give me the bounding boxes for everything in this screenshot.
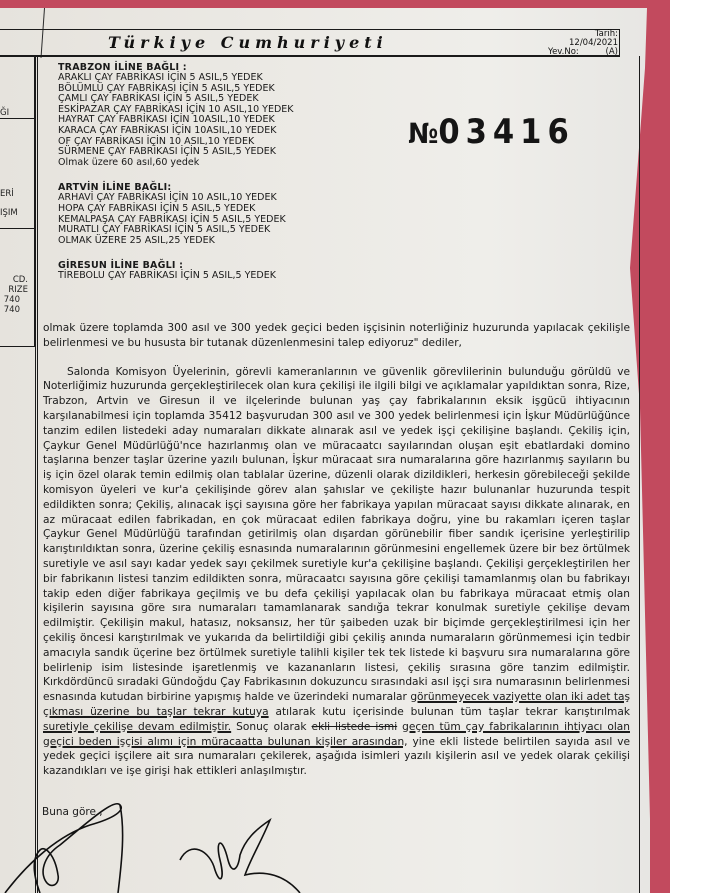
underlined-text: suretiyle çekilişe devam edilmiştir. [43,721,231,733]
image-margin [670,0,702,893]
body-text-segment: atılarak kutu içerisinde bulunan tüm taş… [269,706,630,718]
side-text: CD. [0,275,28,285]
body-text-segment: Salonda Komisyon Üyelerinin, görevli kam… [43,366,630,704]
document-number-value: 03416 [438,112,574,152]
body-paragraph: Salonda Komisyon Üyelerinin, görevli kam… [43,365,630,779]
date-label: Tarih: 12/04/2021 [548,30,618,48]
signature-icon [0,800,400,893]
list-item: HOPA ÇAY FABRİKASI İÇİN 5 ASIL,5 YEDEK [58,204,618,215]
list-item: Olmak üzere 60 asıl,60 yedek [58,158,618,169]
side-text: ĞI [0,108,12,118]
side-text: ERİ [0,189,14,199]
document-number: №03416 [408,112,575,152]
list-item: TİREBOLU ÇAY FABRİKASI İÇİN 5 ASIL,5 YED… [58,271,618,282]
numero-sign: № [408,117,438,150]
list-item: ARAKLI ÇAY FABRİKASI İÇİN 5 ASIL,5 YEDEK [58,73,618,84]
side-text: 740 [0,305,20,315]
header-meta: Tarih: 12/04/2021 Yev.No: (A) [548,30,618,57]
group-giresun: GİRESUN İLİNE BAĞLI : TİREBOLU ÇAY FABRİ… [58,260,618,282]
body-intro: olmak üzere toplamda 300 asıl ve 300 yed… [43,321,630,351]
side-text: IŞIM [0,208,20,218]
list-item: OLMAK ÜZERE 25 ASIL,25 YEDEK [58,236,618,247]
side-text: 740 [0,295,20,305]
group-artvin: ARTVİN İLİNE BAĞLI: ARHAVİ ÇAY FABRİKASI… [58,182,618,246]
side-column: ĞI ERİ IŞIM CD. RIZE 740 740 [0,56,36,346]
document-header-title: Türkiye Cumhuriyeti [108,33,388,52]
side-text: RIZE [0,285,28,295]
document-body: olmak üzere toplamda 300 asıl ve 300 yed… [43,321,630,779]
factory-allocation-list: TRABZON İLİNE BAĞLI : ARAKLI ÇAY FABRİKA… [58,58,618,294]
body-text-segment: Sonuç olarak [231,721,311,733]
struck-text: ekli listede ismi [312,721,398,733]
